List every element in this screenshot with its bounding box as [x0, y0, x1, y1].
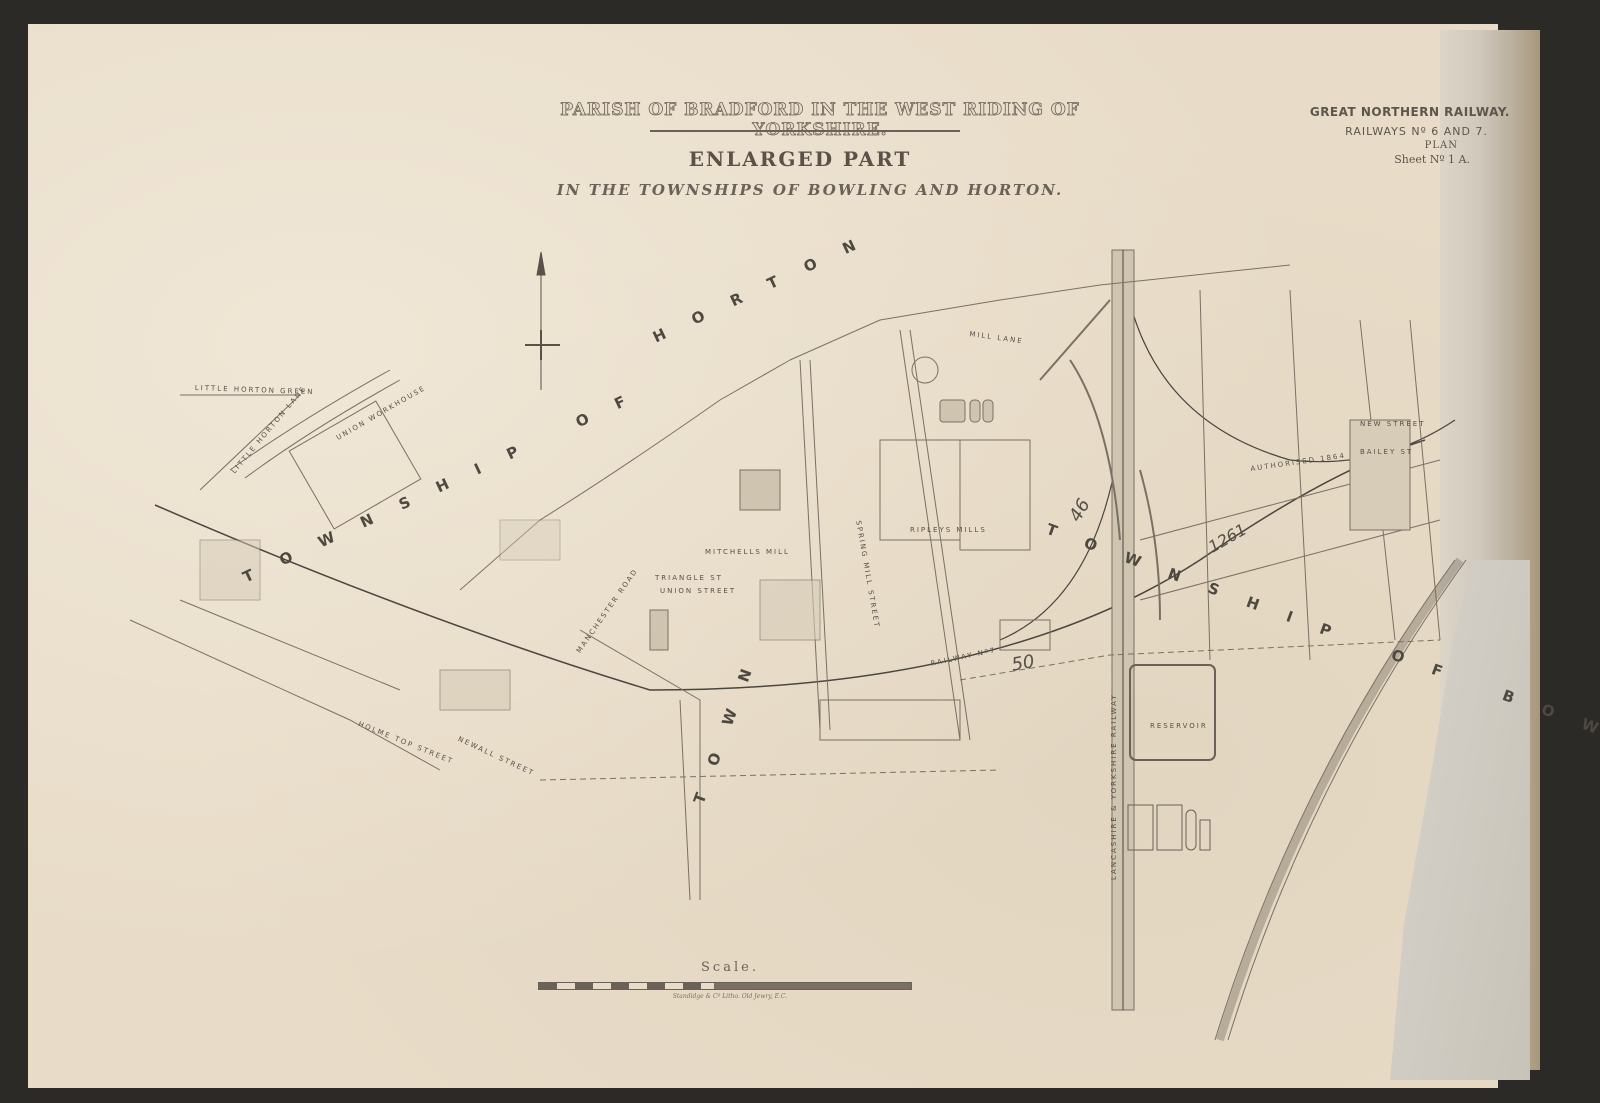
railway-title-block: GREAT NORTHERN RAILWAY. RAILWAYS Nº 6 AN…	[1290, 105, 1510, 166]
label-bailey-st: BAILEY ST	[1360, 448, 1413, 456]
map-subtitle-2: IN THE TOWNSHIPS OF BOWLING AND HORTON.	[530, 181, 1090, 199]
scale-label: Scale.	[690, 960, 770, 975]
map-subtitle: ENLARGED PART	[560, 147, 1040, 171]
label-ripleys-mills: RIPLEYS MILLS	[910, 526, 987, 534]
scale-bar	[538, 982, 912, 990]
plan-label: PLAN	[1290, 140, 1510, 151]
label-reservoir: RESERVOIR	[1150, 722, 1208, 730]
map-title: PARISH OF BRADFORD IN THE WEST RIDING OF…	[490, 100, 1150, 140]
label-union-street: UNION STREET	[660, 587, 736, 595]
annotation-50: 50	[1010, 651, 1036, 676]
label-mitchells-mill: MITCHELLS MILL	[705, 548, 790, 556]
railway-company: GREAT NORTHERN RAILWAY.	[1290, 105, 1510, 119]
railway-numbers: RAILWAYS Nº 6 AND 7.	[1290, 125, 1510, 138]
label-lancashire-yorkshire-railway: LANCASHIRE & YORKSHIRE RAILWAY	[1110, 693, 1118, 880]
lithographer-imprint: Standidge & Cº Litho. Old Jewry, E.C.	[600, 993, 860, 1000]
label-triangle-st: TRIANGLE ST	[655, 574, 723, 582]
compass-icon	[525, 252, 560, 390]
title-rule	[650, 130, 960, 132]
label-new-street: NEW STREET	[1360, 420, 1426, 428]
sheet-number: Sheet Nº 1 A.	[1290, 153, 1510, 166]
